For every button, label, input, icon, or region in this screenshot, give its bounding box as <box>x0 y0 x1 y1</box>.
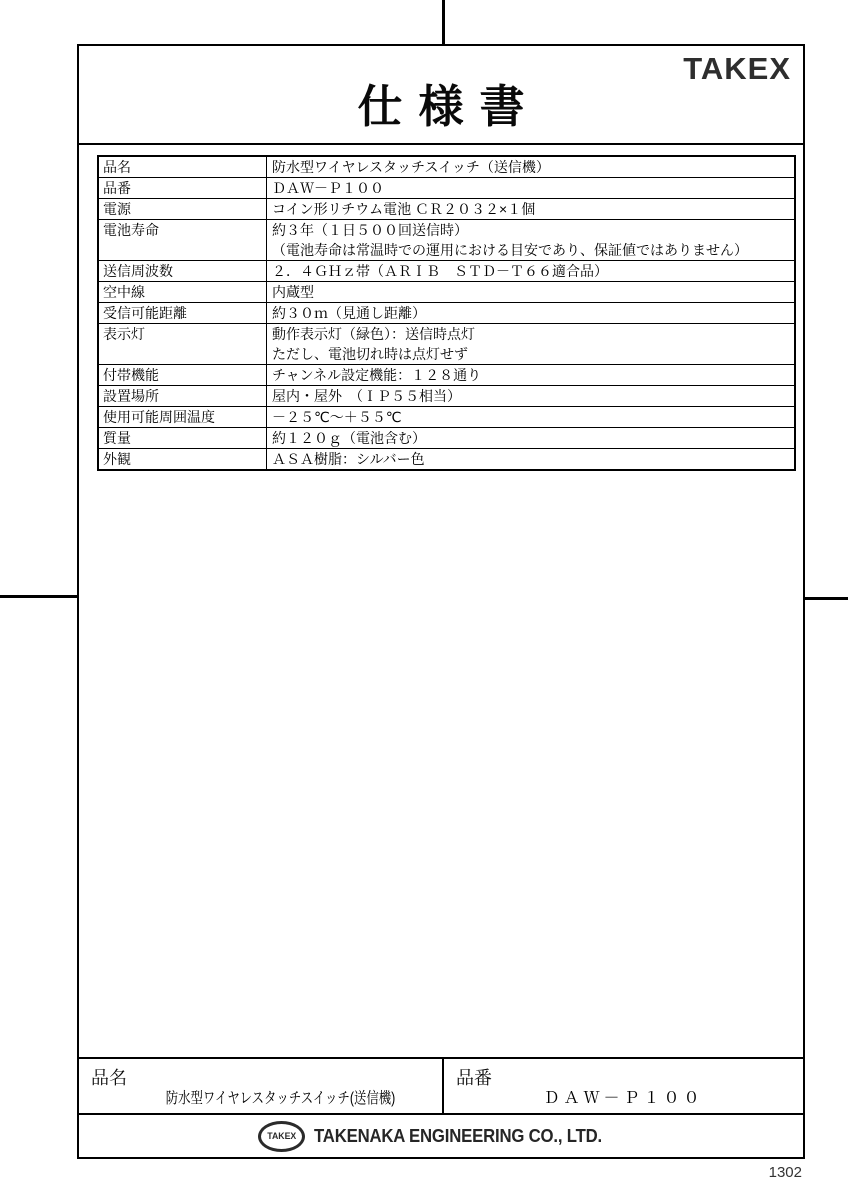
spec-label: 付帯機能 <box>99 365 267 385</box>
spec-label: 品番 <box>99 178 267 198</box>
spec-value: ＡＳＡ樹脂：シルバー色 <box>267 449 794 469</box>
spec-value: 内蔵型 <box>267 282 794 302</box>
spec-label: 受信可能距離 <box>99 303 267 323</box>
crop-mark-right <box>804 597 848 600</box>
takex-wordmark: TAKEX <box>683 51 791 87</box>
table-row: 受信可能距離 約３０ｍ（見通し距離） <box>99 303 794 324</box>
spec-table: 品名 防水型ワイヤレスタッチスイッチ（送信機） 品番 ＤＡＷ－Ｐ１００ 電源 コ… <box>97 155 796 471</box>
table-row: 品名 防水型ワイヤレスタッチスイッチ（送信機） <box>99 157 794 178</box>
document-frame: 仕様書 TAKEX 品名 防水型ワイヤレスタッチスイッチ（送信機） 品番 ＤＡＷ… <box>77 44 805 1159</box>
product-code-cell: 品番 ＤＡＷ－Ｐ１００ <box>444 1059 803 1113</box>
table-row: 電池寿命 約３年（１日５００回送信時） （電池寿命は常温時での運用における目安で… <box>99 220 794 261</box>
spec-value: 屋内・屋外 （ＩＰ５５相当） <box>267 386 794 406</box>
product-name-cell: 品名 防水型ワイヤレスタッチスイッチ(送信機) <box>79 1059 444 1113</box>
table-row: 外観 ＡＳＡ樹脂：シルバー色 <box>99 449 794 469</box>
spec-value: チャンネル設定機能：１２８通り <box>267 365 794 385</box>
spec-value-line: ＡＳＡ樹脂：シルバー色 <box>272 449 789 469</box>
product-code-value: ＤＡＷ－Ｐ１００ <box>444 1085 803 1108</box>
spec-label: 空中線 <box>99 282 267 302</box>
document-header: 仕様書 TAKEX <box>79 46 803 145</box>
spec-label: 質量 <box>99 428 267 448</box>
spec-value-line: 約３０ｍ（見通し距離） <box>272 303 789 323</box>
spec-value-line: ただし、電池切れ時は点灯せず <box>272 344 789 364</box>
spec-value-line: 防水型ワイヤレスタッチスイッチ（送信機） <box>272 157 789 177</box>
spec-value-line: 屋内・屋外 （ＩＰ５５相当） <box>272 386 789 406</box>
takex-oval-logo-text: TAKEX <box>267 1131 296 1142</box>
spec-value-line: ２．４ＧＨｚ帯（ＡＲＩＢ ＳＴＤ－Ｔ６６適合品） <box>272 261 789 281</box>
spec-value-line: （電池寿命は常温時での運用における目安であり、保証値ではありません） <box>272 240 789 260</box>
spec-value: 約３年（１日５００回送信時） （電池寿命は常温時での運用における目安であり、保証… <box>267 220 794 260</box>
spec-value: －２５℃～＋５５℃ <box>267 407 794 427</box>
spec-value: 防水型ワイヤレスタッチスイッチ（送信機） <box>267 157 794 177</box>
spec-label: 品名 <box>99 157 267 177</box>
spec-value-line: 動作表示灯（緑色）：送信時点灯 <box>272 324 789 344</box>
table-row: 使用可能周囲温度 －２５℃～＋５５℃ <box>99 407 794 428</box>
spec-value-line: ＤＡＷ－Ｐ１００ <box>272 178 789 198</box>
crop-mark-left <box>0 595 78 598</box>
footer: TAKEX TAKENAKA ENGINEERING CO., LTD. <box>79 1113 803 1157</box>
spec-label: 電源 <box>99 199 267 219</box>
spec-value-line: コイン形リチウム電池 ＣＲ２０３２×１個 <box>272 199 789 219</box>
spec-value-line: 内蔵型 <box>272 282 789 302</box>
spec-value-line: 約１２０ｇ（電池含む） <box>272 428 789 448</box>
spec-value: コイン形リチウム電池 ＣＲ２０３２×１個 <box>267 199 794 219</box>
spec-value-line: チャンネル設定機能：１２８通り <box>272 365 789 385</box>
table-row: 空中線 内蔵型 <box>99 282 794 303</box>
spec-value: ＤＡＷ－Ｐ１００ <box>267 178 794 198</box>
product-name-value: 防水型ワイヤレスタッチスイッチ(送信機) <box>79 1086 442 1108</box>
spec-value: 動作表示灯（緑色）：送信時点灯 ただし、電池切れ時は点灯せず <box>267 324 794 364</box>
spec-value-line: 約３年（１日５００回送信時） <box>272 220 789 240</box>
table-row: 付帯機能 チャンネル設定機能：１２８通り <box>99 365 794 386</box>
title-block: 品名 防水型ワイヤレスタッチスイッチ(送信機) 品番 ＤＡＷ－Ｐ１００ <box>79 1057 803 1113</box>
table-row: 品番 ＤＡＷ－Ｐ１００ <box>99 178 794 199</box>
takex-oval-logo-icon: TAKEX <box>258 1121 305 1152</box>
spec-label: 表示灯 <box>99 324 267 364</box>
table-row: 設置場所 屋内・屋外 （ＩＰ５５相当） <box>99 386 794 407</box>
spec-value: ２．４ＧＨｚ帯（ＡＲＩＢ ＳＴＤ－Ｔ６６適合品） <box>267 261 794 281</box>
spec-value: 約１２０ｇ（電池含む） <box>267 428 794 448</box>
spec-label: 電池寿命 <box>99 220 267 260</box>
page-number: 1302 <box>756 1164 802 1181</box>
spec-label: 外観 <box>99 449 267 469</box>
spec-value: 約３０ｍ（見通し距離） <box>267 303 794 323</box>
spec-label: 設置場所 <box>99 386 267 406</box>
table-row: 送信周波数 ２．４ＧＨｚ帯（ＡＲＩＢ ＳＴＤ－Ｔ６６適合品） <box>99 261 794 282</box>
table-row: 質量 約１２０ｇ（電池含む） <box>99 428 794 449</box>
crop-mark-top <box>442 0 445 46</box>
spec-value-line: －２５℃～＋５５℃ <box>272 407 789 427</box>
spec-label: 使用可能周囲温度 <box>99 407 267 427</box>
spec-label: 送信周波数 <box>99 261 267 281</box>
table-row: 電源 コイン形リチウム電池 ＣＲ２０３２×１個 <box>99 199 794 220</box>
company-name: TAKENAKA ENGINEERING CO., LTD. <box>314 1126 602 1147</box>
table-row: 表示灯 動作表示灯（緑色）：送信時点灯 ただし、電池切れ時は点灯せず <box>99 324 794 365</box>
